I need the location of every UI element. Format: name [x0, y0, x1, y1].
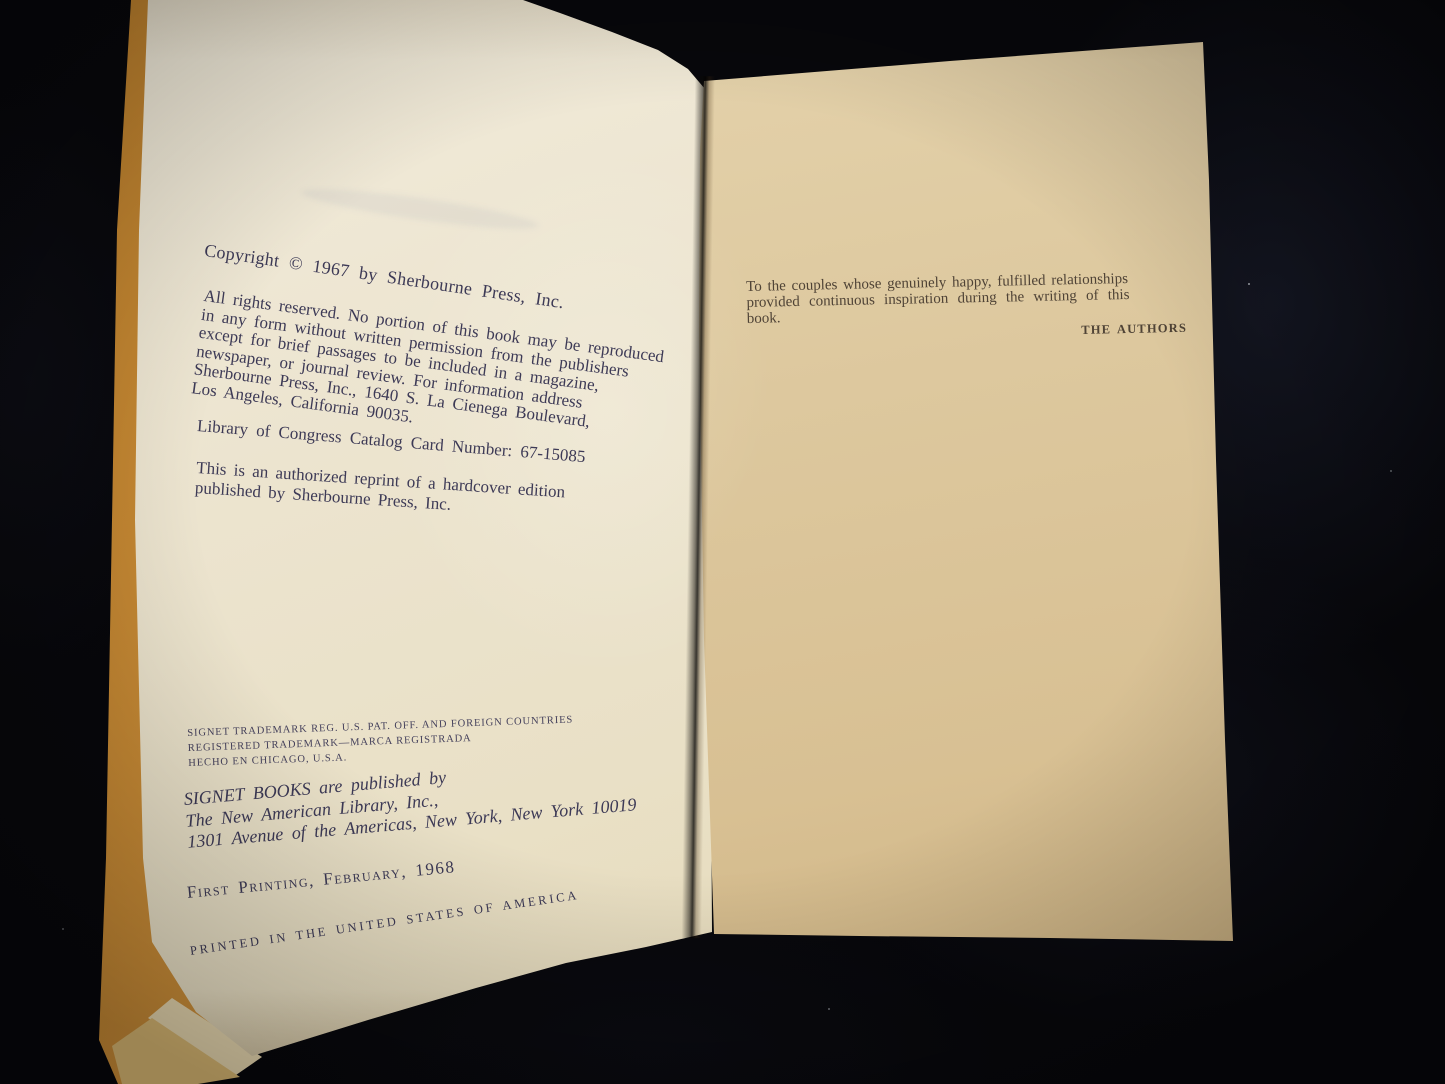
dust-speck [828, 1008, 830, 1010]
dust-speck [62, 928, 64, 930]
dedication-paragraph: To the couples whose genuinely happy, fu… [746, 271, 1187, 346]
dust-speck [1390, 470, 1392, 472]
dust-speck [1248, 283, 1250, 285]
book-photo: Copyright © 1967 by Sherbourne Press, In… [0, 0, 1445, 1084]
